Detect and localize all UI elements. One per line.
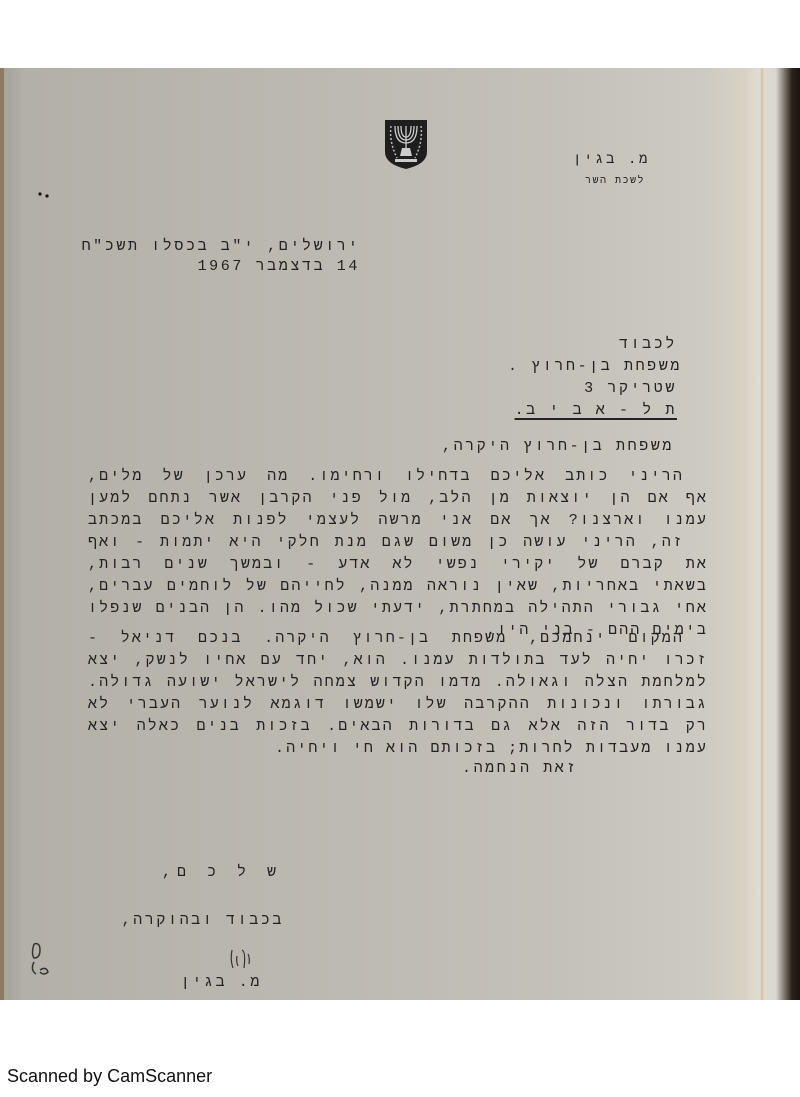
body-line: עמנו מעבדות לחרות; בזכותם הוא חי ויחיה. (88, 738, 708, 760)
body-line: אחי גבורי התהילה במחתרת, ידעתי שכול מהו.… (88, 598, 708, 620)
page-edge (0, 68, 4, 1000)
signature-typed-name: מ. בגין (181, 974, 262, 991)
recipient-line: משפחת בן-חרוץ . (508, 358, 682, 375)
date-gregorian: 14 בדצמבר 1967 (198, 258, 360, 275)
body-line: גבורתו ונכונות ההקרבה שלו ישמשו דוגמא לנ… (88, 694, 708, 716)
body-line: עמנו וארצנו? אך אם אני מרשה לעצמי לפנות … (88, 510, 708, 532)
letterhead-sender-name: מ. בגין (573, 152, 650, 168)
recipient-line: לכבוד (619, 336, 677, 353)
state-of-israel-emblem-icon (383, 118, 429, 170)
sign-off-yours: ש ל כ ם, (162, 864, 282, 881)
recipient-line: שטריקר 3 (584, 380, 677, 397)
body-line: הריני כותב אליכם בדחילו ורחימו. מה ערכן … (88, 466, 708, 488)
closing-line: זאת הנחמה. (462, 760, 578, 777)
body-line: המקום ינחמכם, משפחת בן-חרוץ היקרה. בנכם … (88, 628, 708, 650)
body-line: אף אם הן יוצאות מן הלב, מול פני הקרבן אש… (88, 488, 708, 510)
handwritten-margin-note (28, 940, 58, 985)
sign-off-with-respect: בכבוד ובהוקרה, (122, 912, 284, 929)
body-paragraph-1: הריני כותב אליכם בדחילו ורחימו. מה ערכן … (88, 466, 708, 642)
scanner-watermark: Scanned by CamScanner (7, 1066, 212, 1087)
body-line: רק בדור הזה אלא גם בדורות הבאים. בזכות ב… (88, 716, 708, 738)
body-line: זה, הריני עושה כן משום שגם מנת חלקי היא … (88, 532, 708, 554)
recipient-city: ת ל - א ב י ב. (515, 402, 677, 419)
letterhead-sender-office: לשכת השר (585, 176, 645, 187)
body-line: למלחמת הצלה וגאולה. מדמו הקדוש צמחה לישר… (88, 672, 708, 694)
body-paragraph-2: המקום ינחמכם, משפחת בן-חרוץ היקרה. בנכם … (88, 628, 708, 760)
page-fold-stain (760, 68, 764, 1000)
date-hebrew: ירושלים, י"ב בכסלו תשכ"ח (82, 238, 360, 255)
handwritten-signature (228, 946, 258, 972)
body-line: בשאתי באחריות, שאין נוראה ממנה, לחייהם ש… (88, 576, 708, 598)
body-line: את קברם של יקירי נפשי לא אדע - ובמשך שני… (88, 554, 708, 576)
ink-dots (38, 192, 52, 198)
salutation: משפחת בן-חרוץ היקרה, (442, 438, 674, 455)
body-line: זכרו יחיה לעד בתולדות עמנו. הוא, יחד עם … (88, 650, 708, 672)
